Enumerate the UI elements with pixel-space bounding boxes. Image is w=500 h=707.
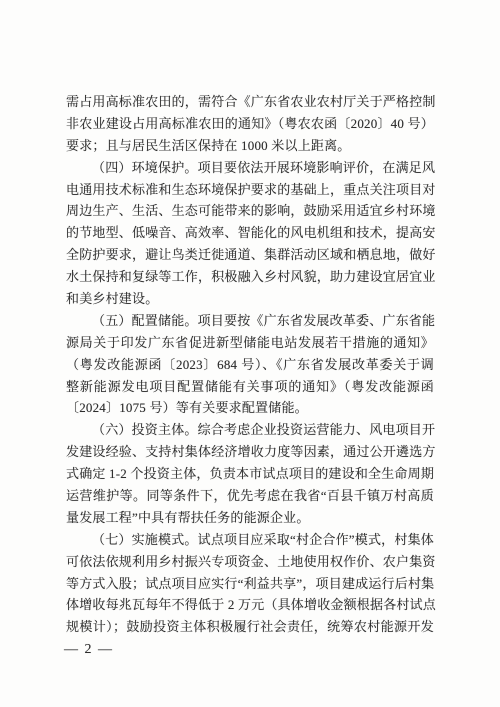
text-line-section-4: （四）环境保护。项目要依法开展环境影响评价，在满足风 xyxy=(66,157,434,179)
text-line: 发建设经验、支持村集体经济增收力度等因素，通过公开遴选方 xyxy=(66,441,434,463)
page-number: — 2 — xyxy=(64,641,114,659)
document-page: 需占用高标准农田的，需符合《广东省农业农村厅关于严格控制 非农业建设占用高标准农… xyxy=(0,0,500,707)
text-line: 要求；且与居民生活区保持在 1000 米以上距离。 xyxy=(66,135,434,157)
text-line: 需占用高标准农田的，需符合《广东省农业农村厅关于严格控制 xyxy=(66,91,434,113)
text-line: 可依法依规利用乡村振兴专项资金、土地使用权作价、农户集资 xyxy=(66,551,434,573)
text-line: 的节地型、低噪音、高效率、智能化的风电机组和技术，提高安 xyxy=(66,222,434,244)
text-line: 整新能源发电项目配置储能有关事项的通知》（粤发改能源函 xyxy=(66,376,434,398)
text-line: 源局关于印发广东省促进新型储能电站发展若干措施的通知》 xyxy=(66,332,434,354)
text-line: 电通用技术标准和生态环境保护要求的基础上，重点关注项目对 xyxy=(66,179,434,201)
text-line: （粤发改能源函〔2023〕684 号）、《广东省发展改革委关于调 xyxy=(66,354,434,376)
text-line: 〔2024〕1075 号）等有关要求配置储能。 xyxy=(66,397,434,419)
text-line: 体增收每兆瓦每年不得低于 2 万元（具体增收金额根据各村试点 xyxy=(66,594,434,616)
text-line: 量发展工程”中具有帮扶任务的能源企业。 xyxy=(66,507,434,529)
text-line-section-7: （七）实施模式。试点项目应采取“村企合作”模式，村集体 xyxy=(66,529,434,551)
text-line: 非农业建设占用高标准农田的通知》（粤农农函〔2020〕40 号） xyxy=(66,113,434,135)
text-line: 全防护要求，避让鸟类迁徙通道、集群活动区域和栖息地，做好 xyxy=(66,244,434,266)
text-line: 规模计）；鼓励投资主体积极履行社会责任，统筹农村能源开发 xyxy=(66,616,434,638)
text-line-section-5: （五）配置储能。项目要按《广东省发展改革委、广东省能 xyxy=(66,310,434,332)
text-line: 周边生产、生活、生态可能带来的影响，鼓励采用适宜乡村环境 xyxy=(66,200,434,222)
text-line: 运营维护等。同等条件下，优先考虑在我省“百县千镇万村高质 xyxy=(66,485,434,507)
document-body: 需占用高标准农田的，需符合《广东省农业农村厅关于严格控制 非农业建设占用高标准农… xyxy=(66,91,434,638)
text-line: 水土保持和复绿等工作，积极融入乡村风貌，助力建设宜居宜业 xyxy=(66,266,434,288)
text-line: 等方式入股；试点项目应实行“利益共享”，项目建成运行后村集 xyxy=(66,573,434,595)
text-line-section-6: （六）投资主体。综合考虑企业投资运营能力、风电项目开 xyxy=(66,419,434,441)
text-line: 式确定 1-2 个投资主体，负责本市试点项目的建设和全生命周期 xyxy=(66,463,434,485)
text-line: 和美乡村建设。 xyxy=(66,288,434,310)
